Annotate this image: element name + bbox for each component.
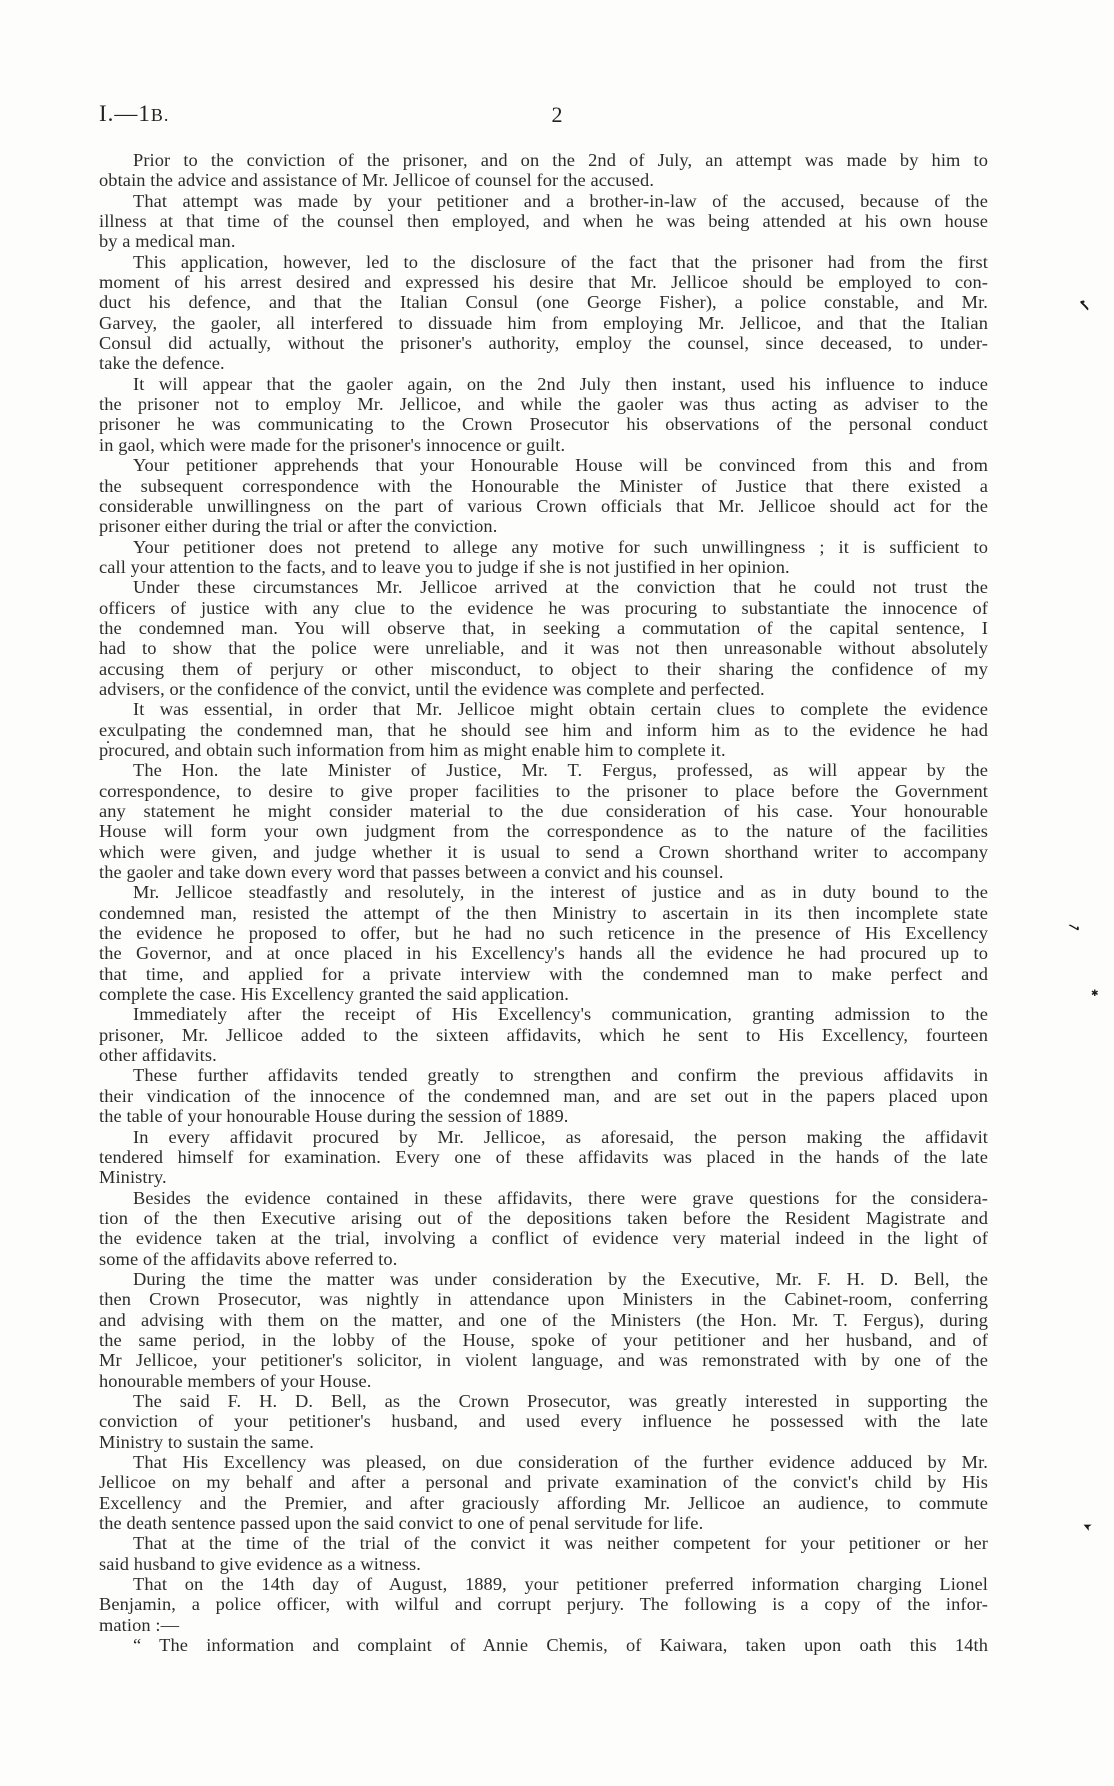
text-line: the evidence taken at the trial, involvi… xyxy=(99,1228,988,1248)
text-line: the subsequent correspondence with the H… xyxy=(99,476,988,496)
text-line: correspondence, to desire to give proper… xyxy=(99,781,988,801)
text-line: the evidence he proposed to offer, but h… xyxy=(99,923,988,943)
paragraph: Immediately after the receipt of His Exc… xyxy=(99,1004,988,1065)
paragraph: That on the 14th day of August, 1889, yo… xyxy=(99,1574,988,1635)
text-line: tendered himself for examination. Every … xyxy=(99,1147,988,1167)
paragraph: “ The information and complaint of Annie… xyxy=(99,1635,988,1655)
text-line: Excellency and the Premier, and after gr… xyxy=(99,1493,988,1513)
text-line: complete the case. His Excellency grante… xyxy=(99,984,988,1004)
text-line: the condemned man. You will observe that… xyxy=(99,618,988,638)
text-line: Mr. Jellicoe steadfastly and resolutely,… xyxy=(99,882,988,902)
paragraph: Your petitioner apprehends that your Hon… xyxy=(99,455,988,536)
text-line: that time, and applied for a private int… xyxy=(99,964,988,984)
text-line: Under these circumstances Mr. Jellicoe a… xyxy=(99,577,988,597)
paragraph: Prior to the conviction of the prisoner,… xyxy=(99,150,988,191)
text-line: and advising with them on the matter, an… xyxy=(99,1310,988,1330)
paragraph: During the time the matter was under con… xyxy=(99,1269,988,1391)
text-line: conviction of your petitioner's husband,… xyxy=(99,1411,988,1431)
text-line: the gaoler and take down every word that… xyxy=(99,862,988,882)
text-line: “ The information and complaint of Annie… xyxy=(99,1635,988,1655)
text-line: That on the 14th day of August, 1889, yo… xyxy=(99,1574,988,1594)
paragraph: That at the time of the trial of the con… xyxy=(99,1533,988,1574)
text-line: considerable unwillingness on the part o… xyxy=(99,496,988,516)
paragraph: That attempt was made by your petitioner… xyxy=(99,191,988,252)
paragraph: Besides the evidence contained in these … xyxy=(99,1188,988,1269)
paragraph: This application, however, led to the di… xyxy=(99,252,988,374)
text-line: officers of justice with any clue to the… xyxy=(99,598,988,618)
text-line: the same period, in the lobby of the Hou… xyxy=(99,1330,988,1350)
text-line: obtain the advice and assistance of Mr. … xyxy=(99,170,988,190)
paragraph: Under these circumstances Mr. Jellicoe a… xyxy=(99,577,988,699)
text-line: other affidavits. xyxy=(99,1045,988,1065)
text-line: the death sentence passed upon the said … xyxy=(99,1513,988,1533)
text-line: prisoner either during the trial or afte… xyxy=(99,516,988,536)
text-line: Ministry. xyxy=(99,1167,988,1187)
text-line: honourable members of your House. xyxy=(99,1371,988,1391)
ink-arrow-mark: ➤ xyxy=(1081,1519,1094,1533)
text-line: Ministry to sustain the same. xyxy=(99,1432,988,1452)
text-line: tion of the then Executive arising out o… xyxy=(99,1208,988,1228)
text-line: Consul did actually, without the prisone… xyxy=(99,333,988,353)
text-line: mation :— xyxy=(99,1615,988,1635)
page-number: 2 xyxy=(0,102,1114,128)
text-line: the table of your honourable House durin… xyxy=(99,1106,988,1126)
text-line: prisoner, Mr. Jellicoe added to the sixt… xyxy=(99,1025,988,1045)
text-line: Immediately after the receipt of His Exc… xyxy=(99,1004,988,1024)
text-line: Benjamin, a police officer, with wilful … xyxy=(99,1594,988,1614)
text-line: advisers, or the confidence of the convi… xyxy=(99,679,988,699)
ink-tick-mark: ✓ xyxy=(1065,919,1084,939)
ink-check-mark: ✓ xyxy=(1074,297,1092,313)
text-line: then Crown Prosecutor, was nightly in at… xyxy=(99,1289,988,1309)
text-line: in gaol, which were made for the prisone… xyxy=(99,435,988,455)
text-line: any statement he might consider material… xyxy=(99,801,988,821)
petition-body-text: Prior to the conviction of the prisoner,… xyxy=(99,150,988,1655)
text-line: Garvey, the gaoler, all interfered to di… xyxy=(99,313,988,333)
text-line: their vindication of the innocence of th… xyxy=(99,1086,988,1106)
text-line: Jellicoe on my behalf and after a person… xyxy=(99,1472,988,1492)
paragraph: In every affidavit procured by Mr. Jelli… xyxy=(99,1127,988,1188)
text-line: The said F. H. D. Bell, as the Crown Pro… xyxy=(99,1391,988,1411)
text-line: These further affidavits tended greatly … xyxy=(99,1065,988,1085)
ink-dot-mark: . xyxy=(106,731,110,747)
text-line: said husband to give evidence as a witne… xyxy=(99,1554,988,1574)
text-line: by a medical man. xyxy=(99,231,988,251)
text-line: That His Excellency was pleased, on due … xyxy=(99,1452,988,1472)
text-line: prisoner he was communicating to the Cro… xyxy=(99,414,988,434)
paragraph: Your petitioner does not pretend to alle… xyxy=(99,537,988,578)
text-line: procured, and obtain such information fr… xyxy=(99,740,988,760)
text-line: duct his defence, and that the Italian C… xyxy=(99,292,988,312)
text-line: Your petitioner apprehends that your Hon… xyxy=(99,455,988,475)
paragraph: Mr. Jellicoe steadfastly and resolutely,… xyxy=(99,882,988,1004)
running-head: I.—1B. 2 xyxy=(0,101,1114,131)
text-line: That attempt was made by your petitioner… xyxy=(99,191,988,211)
text-line: Besides the evidence contained in these … xyxy=(99,1188,988,1208)
text-line: Your petitioner does not pretend to alle… xyxy=(99,537,988,557)
text-line: illness at that time of the counsel then… xyxy=(99,211,988,231)
text-line: condemned man, resisted the attempt of t… xyxy=(99,903,988,923)
text-line: Prior to the conviction of the prisoner,… xyxy=(99,150,988,170)
text-line: take the defence. xyxy=(99,353,988,373)
ink-star-mark: ✱ xyxy=(1091,989,1099,998)
text-line: During the time the matter was under con… xyxy=(99,1269,988,1289)
text-line: House will form your own judgment from t… xyxy=(99,821,988,841)
text-line: This application, however, led to the di… xyxy=(99,252,988,272)
text-line: It will appear that the gaoler again, on… xyxy=(99,374,988,394)
text-line: That at the time of the trial of the con… xyxy=(99,1533,988,1553)
paragraph: The said F. H. D. Bell, as the Crown Pro… xyxy=(99,1391,988,1452)
text-line: The Hon. the late Minister of Justice, M… xyxy=(99,760,988,780)
paragraph: The Hon. the late Minister of Justice, M… xyxy=(99,760,988,882)
text-line: call your attention to the facts, and to… xyxy=(99,557,988,577)
text-line: had to show that the police were unrelia… xyxy=(99,638,988,658)
paragraph: It was essential, in order that Mr. Jell… xyxy=(99,699,988,760)
text-line: Mr Jellicoe, your petitioner's solicitor… xyxy=(99,1350,988,1370)
text-line: exculpating the condemned man, that he s… xyxy=(99,720,988,740)
text-line: It was essential, in order that Mr. Jell… xyxy=(99,699,988,719)
paragraph: That His Excellency was pleased, on due … xyxy=(99,1452,988,1533)
text-line: some of the affidavits above referred to… xyxy=(99,1249,988,1269)
text-line: moment of his arrest desired and express… xyxy=(99,272,988,292)
paragraph: It will appear that the gaoler again, on… xyxy=(99,374,988,455)
text-line: the prisoner not to employ Mr. Jellicoe,… xyxy=(99,394,988,414)
text-line: the Governor, and at once placed in his … xyxy=(99,943,988,963)
scanned-document-page: I.—1B. 2 Prior to the conviction of the … xyxy=(0,0,1114,1786)
paragraph: These further affidavits tended greatly … xyxy=(99,1065,988,1126)
text-line: In every affidavit procured by Mr. Jelli… xyxy=(99,1127,988,1147)
text-line: which were given, and judge whether it i… xyxy=(99,842,988,862)
text-line: accusing them of perjury or other miscon… xyxy=(99,659,988,679)
